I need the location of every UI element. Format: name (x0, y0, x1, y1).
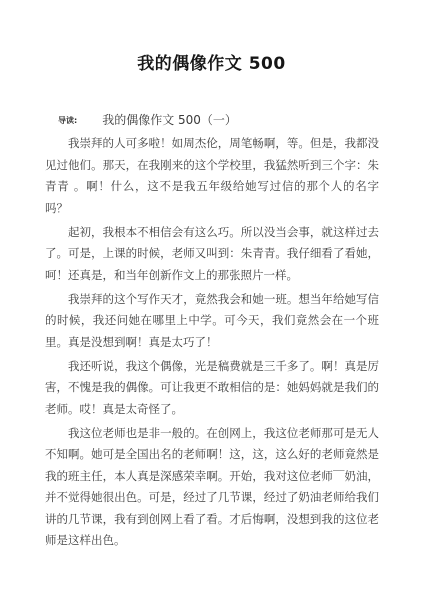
lead-label: 导读: (58, 112, 77, 129)
essay-paragraph-1: 我崇拜的人可多啦！如周杰伦，周笔畅啊，等。但是，我都没见过他们。那天，在我刚来的… (45, 133, 379, 219)
lead-row: 导读: 我的偶像作文 500（一） (0, 112, 423, 129)
essay-body: 我崇拜的人可多啦！如周杰伦，周笔畅啊，等。但是，我都没见过他们。那天，在我刚来的… (0, 133, 423, 552)
essay-paragraph-4: 我还听说，我这个偶像，光是稿费就是三千多了。啊！真是厉害，不愧是我的偶像。可让我… (45, 356, 379, 421)
page-title: 我的偶像作文 500 (0, 0, 423, 76)
essay-paragraph-3: 我崇拜的这个写作天才，竟然我会和她一班。想当年给她写信的时候，我还问她在哪里上中… (45, 289, 379, 354)
document-page: 我的偶像作文 500 导读: 我的偶像作文 500（一） 我崇拜的人可多啦！如周… (0, 0, 423, 600)
essay-paragraph-2: 起初，我根本不相信会有这么巧。所以没当会事，就这样过去了。可是，上课的时候，老师… (45, 222, 379, 287)
essay-paragraph-5: 我这位老师也是非一般的。在创网上，我这位老师那可是无人不知啊。她可是全国出名的老… (45, 423, 379, 552)
lead-subtitle: 我的偶像作文 500（一） (102, 112, 237, 129)
